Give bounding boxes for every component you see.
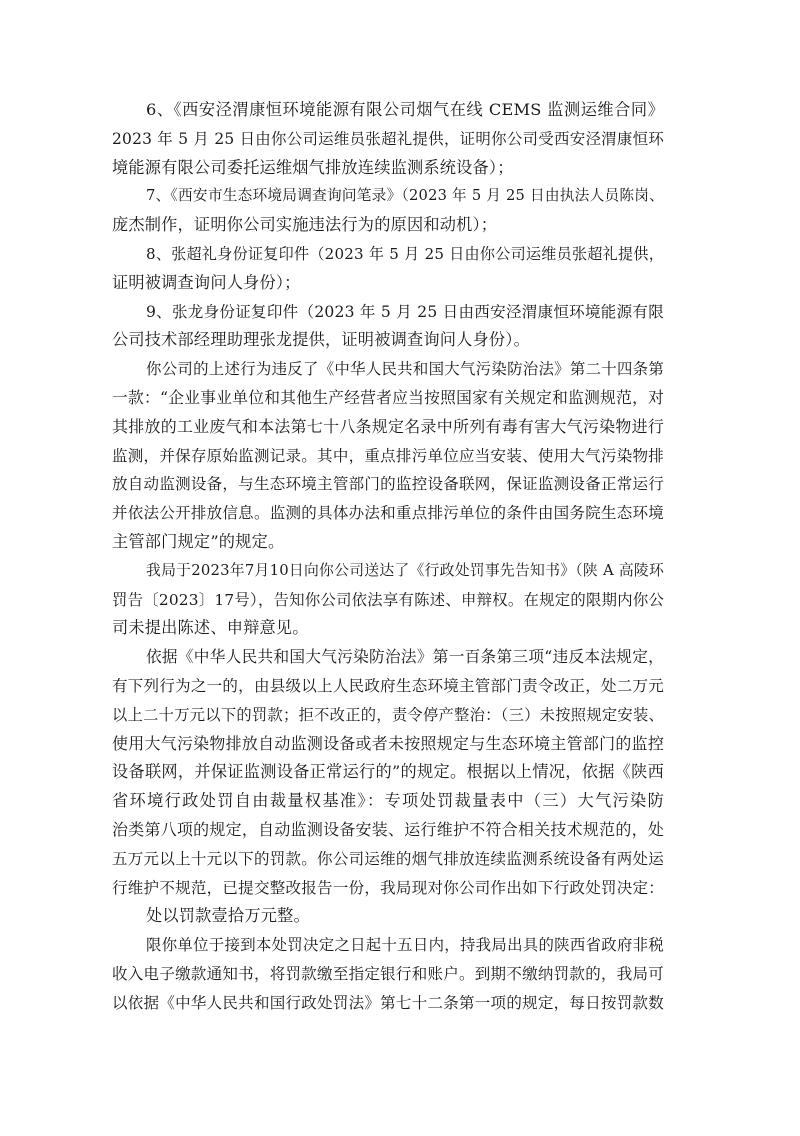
text-line: 我局于2023年7月10日向你公司送达了《行政处罚事先告知书》（陕 A 高陵环 [112,557,664,586]
text-line: 境能源有限公司委托运维烟气排放连续监测系统设备）； [112,154,664,183]
text-line: 治类第八项的规定，自动监测设备安装、运行维护不符合相关技术规范的，处 [112,816,664,845]
text-line: 9、张龙身份证复印件（2023 年 5 月 25 日由西安泾渭康恒环境能源有限 [112,298,664,327]
text-line: 8、张超礼身份证复印件（2023 年 5 月 25 日由你公司运维员张超礼提供， [112,240,664,269]
text-line: 一款：“企业事业单位和其他生产经营者应当按照国家有关规定和监测规范，对 [112,384,664,413]
text-line: 五万元以上十元以下的罚款。你公司运维的烟气排放连续监测系统设备有两处运 [112,845,664,874]
text-line: 并依法公开排放信息。监测的具体办法和重点排污单位的条件由国务院生态环境 [112,499,664,528]
document-body: 6、《西安泾渭康恒环境能源有限公司烟气在线 CEMS 监测运维合同》2023 年… [112,96,664,1018]
text-line: 2023 年 5 月 25 日由你公司运维员张超礼提供，证明你公司受西安泾渭康恒… [112,125,664,154]
text-line: 7、《西安市生态环境局调查询问笔录》（2023 年 5 月 25 日由执法人员陈… [112,182,664,211]
text-line: 罚告〔2023〕17号），告知你公司依法享有陈述、申辩权。在规定的限期内你公 [112,586,664,615]
paragraph-item-9: 9、张龙身份证复印件（2023 年 5 月 25 日由西安泾渭康恒环境能源有限公… [112,298,664,356]
paragraph-item-6: 6、《西安泾渭康恒环境能源有限公司烟气在线 CEMS 监测运维合同》2023 年… [112,96,664,182]
paragraph-item-8: 8、张超礼身份证复印件（2023 年 5 月 25 日由你公司运维员张超礼提供，… [112,240,664,298]
paragraph-violation: 你公司的上述行为违反了《中华人民共和国大气污染防治法》第二十四条第一款：“企业事… [112,355,664,557]
text-line: 其排放的工业废气和本法第七十八条规定名录中所列有毒有害大气污染物进行 [112,413,664,442]
text-line: 监测，并保存原始监测记录。其中，重点排污单位应当安装、使用大气污染物排 [112,442,664,471]
text-line: 省环境行政处罚自由裁量权基准》：专项处罚裁量表中（三）大气污染防 [112,787,664,816]
text-line: 使用大气污染物排放自动监测设备或者未按照规定与生态环境主管部门的监控 [112,730,664,759]
text-line: 以依据《中华人民共和国行政处罚法》第七十二条第一项的规定，每日按罚款数 [112,989,664,1018]
text-line: 庞杰制作，证明你公司实施违法行为的原因和动机）； [112,211,664,240]
text-line: 证明被调查询问人身份）； [112,269,664,298]
paragraph-penalty: 处以罚款壹拾万元整。 [112,902,664,931]
text-line: 处以罚款壹拾万元整。 [112,902,664,931]
text-line: 公司技术部经理助理张龙提供，证明被调查询问人身份）。 [112,326,664,355]
paragraph-basis: 依据《中华人民共和国大气污染防治法》第一百条第三项“违反本法规定，有下列行为之一… [112,643,664,902]
paragraph-payment: 限你单位于接到本处罚决定之日起十五日内，持我局出具的陕西省政府非税收入电子缴款通… [112,931,664,1017]
text-line: 收入电子缴款通知书，将罚款缴至指定银行和账户。到期不缴纳罚款的，我局可 [112,960,664,989]
text-line: 有下列行为之一的，由县级以上人民政府生态环境主管部门责令改正，处二万元 [112,672,664,701]
text-line: 司未提出陈述、申辩意见。 [112,614,664,643]
text-line: 6、《西安泾渭康恒环境能源有限公司烟气在线 CEMS 监测运维合同》 [112,96,664,125]
text-line: 行维护不规范，已提交整改报告一份，我局现对你公司作出如下行政处罚决定： [112,874,664,903]
text-line: 放自动监测设备，与生态环境主管部门的监控设备联网，保证监测设备正常运行 [112,470,664,499]
text-line: 主管部门规定”的规定。 [112,528,664,557]
document-page: 6、《西安泾渭康恒环境能源有限公司烟气在线 CEMS 监测运维合同》2023 年… [0,0,800,1136]
text-line: 限你单位于接到本处罚决定之日起十五日内，持我局出具的陕西省政府非税 [112,931,664,960]
text-line: 你公司的上述行为违反了《中华人民共和国大气污染防治法》第二十四条第 [112,355,664,384]
text-line: 依据《中华人民共和国大气污染防治法》第一百条第三项“违反本法规定， [112,643,664,672]
text-line: 设备联网，并保证监测设备正常运行的”的规定。根据以上情况，依据《陕西 [112,758,664,787]
paragraph-notice: 我局于2023年7月10日向你公司送达了《行政处罚事先告知书》（陕 A 高陵环罚… [112,557,664,643]
text-line: 以上二十万元以下的罚款；拒不改正的，责令停产整治：（三）未按照规定安装、 [112,701,664,730]
paragraph-item-7: 7、《西安市生态环境局调查询问笔录》（2023 年 5 月 25 日由执法人员陈… [112,182,664,240]
